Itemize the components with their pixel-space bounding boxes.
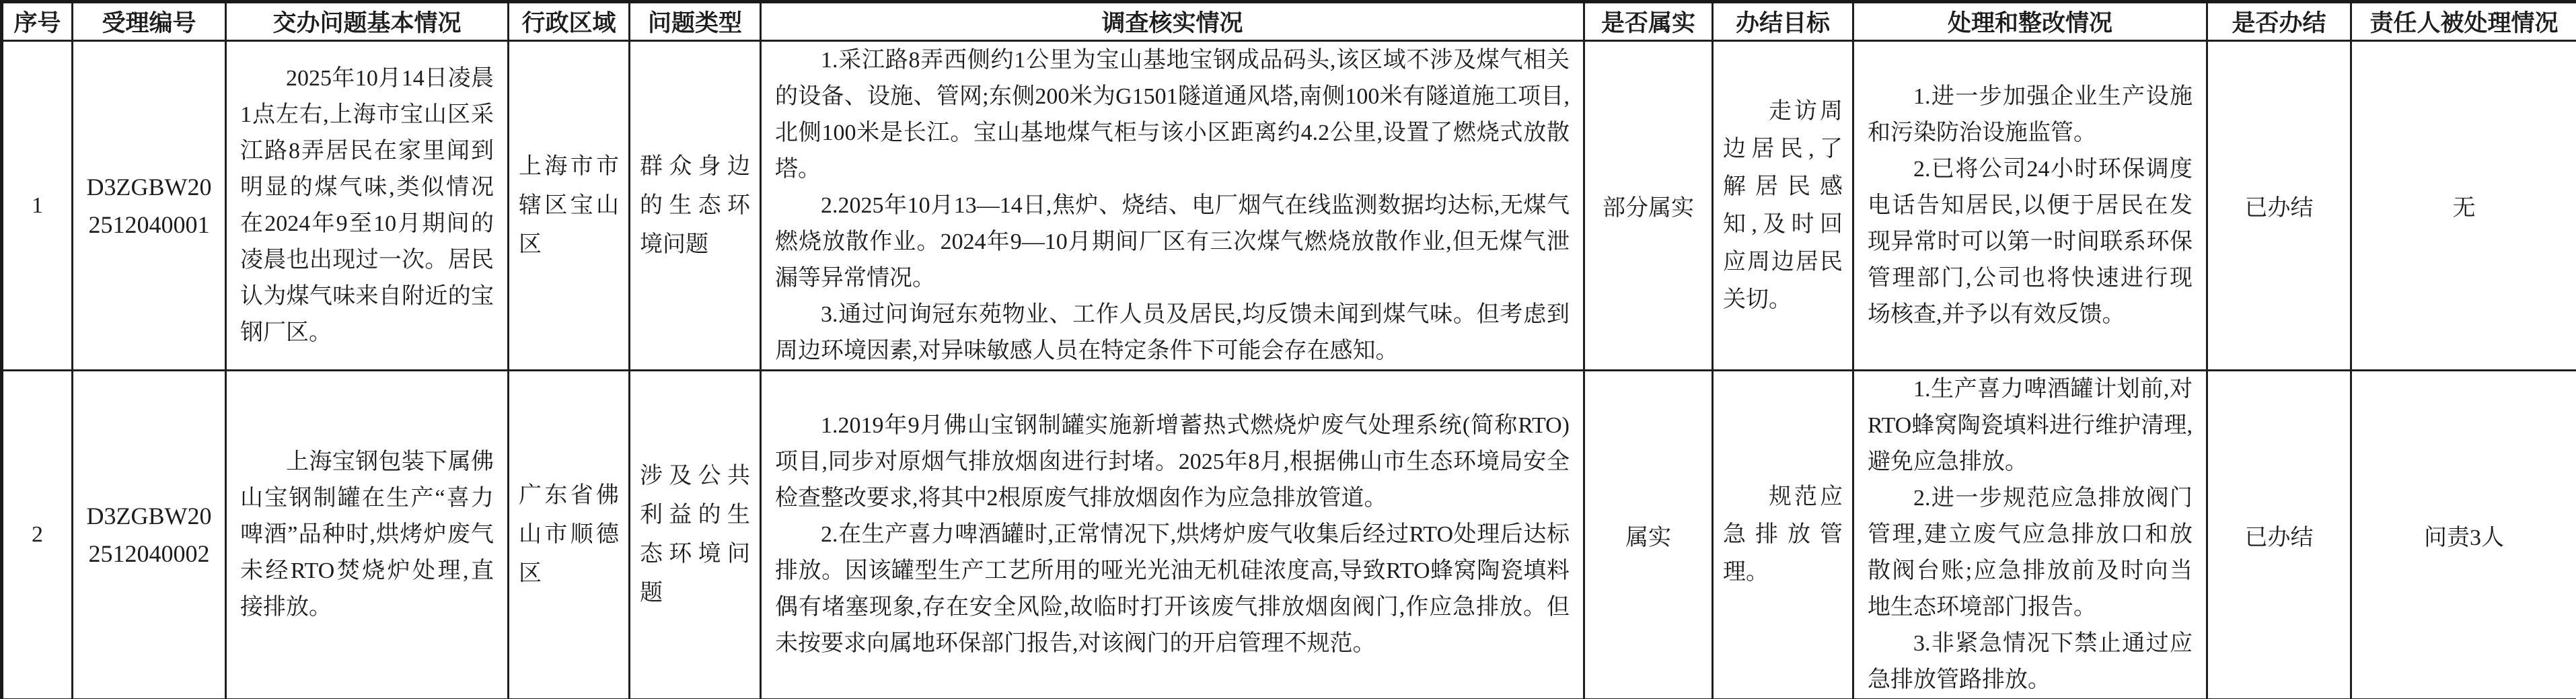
cell-problem: 上海宝钢包装下属佛山宝钢制罐在生产“喜力啤酒”品种时,烘烤炉废气未经RTO焚烧炉…	[226, 371, 509, 699]
cell-problem-type: 涉及公共利益的生态环境问题	[630, 371, 761, 699]
header-closed: 是否办结	[2207, 2, 2351, 41]
cell-investigation: 1.2019年9月佛山宝钢制罐实施新增蓄热式燃烧炉废气处理系统(简称RTO)项目…	[761, 371, 1584, 699]
header-row: 序号 受理编号 交办问题基本情况 行政区域 问题类型 调查核实情况 是否属实 办…	[2, 2, 2576, 41]
cell-handling: 1.生产喜力啤酒罐计划前,对RTO蜂窝陶瓷填料进行维护清理,避免应急排放。 2.…	[1853, 371, 2207, 699]
goal-text: 走访周边居民,了解居民感知,及时回应周边居民关切。	[1723, 93, 1843, 319]
cell-verified: 部分属实	[1584, 41, 1713, 371]
investigation-paragraph: 1.2019年9月佛山宝钢制罐实施新增蓄热式燃烧炉废气处理系统(简称RTO)项目…	[775, 408, 1570, 517]
header-investigation: 调查核实情况	[761, 2, 1584, 41]
cell-closed: 已办结	[2207, 41, 2351, 371]
table-row: 1 D3ZGBW20 2512040001 2025年10月14日凌晨1点左右,…	[2, 41, 2576, 371]
cell-seq: 2	[2, 371, 73, 699]
cell-case-id: D3ZGBW20 2512040001	[73, 41, 226, 371]
header-problem: 交办问题基本情况	[226, 2, 509, 41]
header-region: 行政区域	[509, 2, 630, 41]
table-row: 2 D3ZGBW20 2512040002 上海宝钢包装下属佛山宝钢制罐在生产“…	[2, 371, 2576, 699]
problem-text: 2025年10月14日凌晨1点左右,上海市宝山区采江路8弄居民在家里闻到明显的煤…	[240, 61, 494, 351]
cell-goal: 走访周边居民,了解居民感知,及时回应周边居民关切。	[1713, 41, 1853, 371]
problem-type-text: 群众身边的生态环境问题	[640, 147, 750, 264]
handling-paragraph: 2.进一步规范应急排放阀门管理,建立废气应急排放口和放散阀台账;应急排放前及时向…	[1868, 480, 2193, 626]
investigation-paragraph: 3.通过问询冠东苑物业、工作人员及居民,均反馈未闻到煤气味。但考虑到周边环境因素…	[775, 297, 1570, 369]
handling-paragraph: 1.进一步加强企业生产设施和污染防治设施监管。	[1868, 79, 2193, 151]
region-text: 上海市市辖区宝山区	[519, 147, 619, 264]
cell-accountability: 问责3人	[2351, 371, 2576, 699]
investigation-paragraph: 2.在生产喜力啤酒罐时,正常情况下,烘烤炉废气收集后经过RTO处理后达标排放。因…	[775, 517, 1570, 662]
cell-handling: 1.进一步加强企业生产设施和污染防治设施监管。 2.已将公司24小时环保调度电话…	[1853, 41, 2207, 371]
cell-region: 上海市市辖区宝山区	[509, 41, 630, 371]
cell-seq: 1	[2, 41, 73, 371]
header-seq: 序号	[2, 2, 73, 41]
cell-closed: 已办结	[2207, 371, 2351, 699]
investigation-paragraph: 1.采江路8弄西侧约1公里为宝山基地宝钢成品码头,该区域不涉及煤气相关的设备、设…	[775, 42, 1570, 188]
cell-accountability: 无	[2351, 41, 2576, 371]
cell-region: 广东省佛山市顺德区	[509, 371, 630, 699]
investigation-paragraph: 2.2025年10月13—14日,焦炉、烧结、电厂烟气在线监测数据均达标,无煤气…	[775, 188, 1570, 297]
handling-paragraph: 3.非紧急情况下禁止通过应急排放管路排放。	[1868, 626, 2193, 698]
region-text: 广东省佛山市顺德区	[519, 476, 619, 593]
cell-investigation: 1.采江路8弄西侧约1公里为宝山基地宝钢成品码头,该区域不涉及煤气相关的设备、设…	[761, 41, 1584, 371]
handling-paragraph: 2.已将公司24小时环保调度电话告知居民,以便于居民在发现异常时可以第一时间联系…	[1868, 151, 2193, 333]
cell-problem-type: 群众身边的生态环境问题	[630, 41, 761, 371]
goal-text: 规范应急排放管理。	[1723, 478, 1843, 591]
problem-text: 上海宝钢包装下属佛山宝钢制罐在生产“喜力啤酒”品种时,烘烤炉废气未经RTO焚烧炉…	[240, 444, 494, 626]
header-accountability: 责任人被处理情况	[2351, 2, 2576, 41]
cell-case-id: D3ZGBW20 2512040002	[73, 371, 226, 699]
header-handling: 处理和整改情况	[1853, 2, 2207, 41]
problem-type-text: 涉及公共利益的生态环境问题	[640, 457, 750, 613]
cell-problem: 2025年10月14日凌晨1点左右,上海市宝山区采江路8弄居民在家里闻到明显的煤…	[226, 41, 509, 371]
cell-goal: 规范应急排放管理。	[1713, 371, 1853, 699]
header-goal: 办结目标	[1713, 2, 1853, 41]
header-case-id: 受理编号	[73, 2, 226, 41]
handling-paragraph: 1.生产喜力啤酒罐计划前,对RTO蜂窝陶瓷填料进行维护清理,避免应急排放。	[1868, 371, 2193, 480]
complaint-handling-table: 序号 受理编号 交办问题基本情况 行政区域 问题类型 调查核实情况 是否属实 办…	[0, 0, 2576, 699]
header-verified: 是否属实	[1584, 2, 1713, 41]
header-problem-type: 问题类型	[630, 2, 761, 41]
cell-verified: 属实	[1584, 371, 1713, 699]
